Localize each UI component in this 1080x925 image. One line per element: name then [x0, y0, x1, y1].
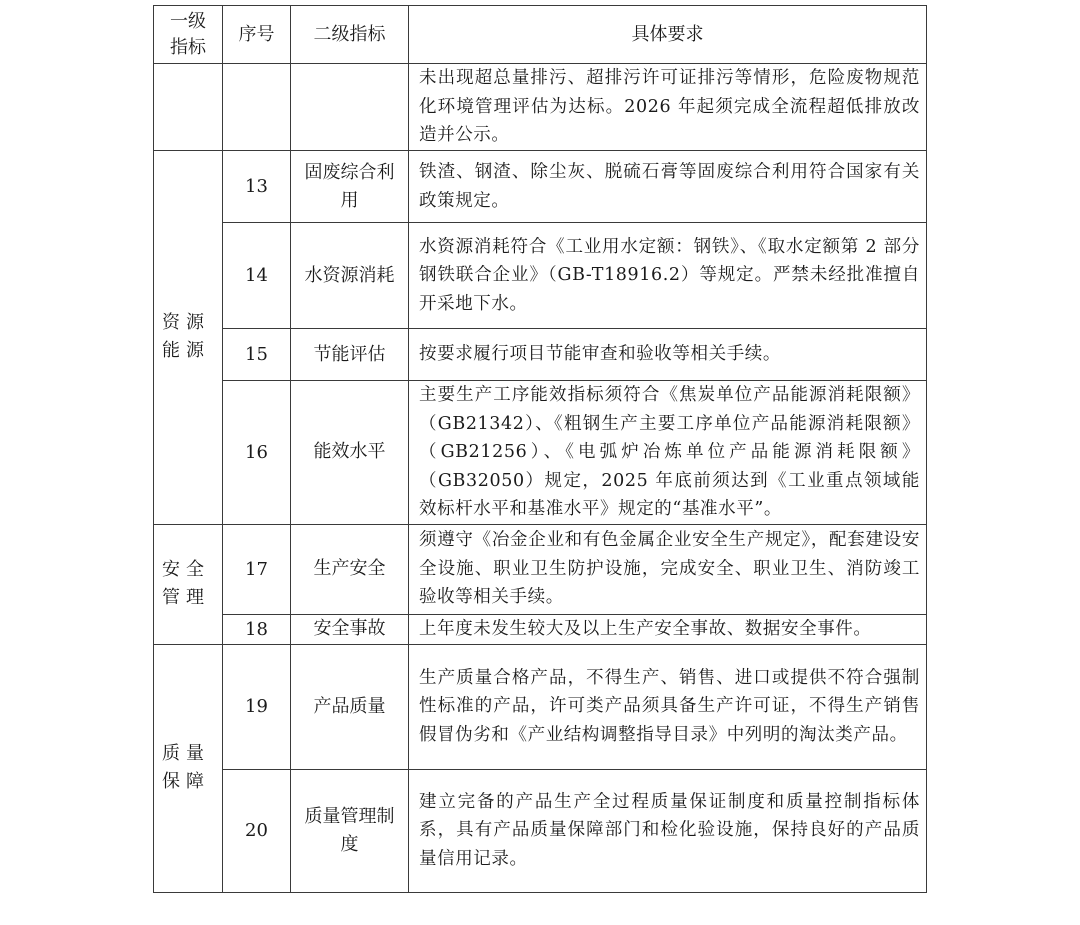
cell-requirement: 主要生产工序能效指标须符合《焦炭单位产品能源消耗限额》（GB21342）、《粗钢… [409, 381, 927, 525]
cell-no: 17 [223, 524, 291, 614]
cell-requirement: 未出现超总量排污、超排污许可证排污等情形，危险废物规范化环境管理评估为达标。20… [409, 64, 927, 151]
cell-requirement: 上年度未发生较大及以上生产安全事故、数据安全事件。 [409, 614, 927, 644]
cell-name: 生产安全 [291, 524, 409, 614]
table-row: 14 水资源消耗 水资源消耗符合《工业用水定额：钢铁》、《取水定额第 2 部分钢… [154, 223, 927, 329]
cell-no: 15 [223, 329, 291, 381]
cell-category: 安全管理 [154, 524, 223, 644]
cell-category: 质量保障 [154, 644, 223, 892]
cell-no: 14 [223, 223, 291, 329]
header-row: 一级指标 序号 二级指标 具体要求 [154, 6, 927, 64]
cell-requirement: 须遵守《冶金企业和有色金属企业安全生产规定》，配套建设安全设施、职业卫生防护设施… [409, 524, 927, 614]
header-level1: 一级指标 [154, 6, 223, 64]
cell-no: 13 [223, 151, 291, 223]
table-row: 质量保障 19 产品质量 生产质量合格产品，不得生产、销售、进口或提供不符合强制… [154, 644, 927, 769]
cell-name: 水资源消耗 [291, 223, 409, 329]
table-row: 20 质量管理制度 建立完备的产品生产全过程质量保证制度和质量控制指标体系，具有… [154, 769, 927, 892]
cell-name: 固废综合利用 [291, 151, 409, 223]
cell-name: 节能评估 [291, 329, 409, 381]
cell-no [223, 64, 291, 151]
cell-requirement: 按要求履行项目节能审查和验收等相关手续。 [409, 329, 927, 381]
cell-name: 产品质量 [291, 644, 409, 769]
cell-requirement: 水资源消耗符合《工业用水定额：钢铁》、《取水定额第 2 部分钢铁联合企业》（GB… [409, 223, 927, 329]
cell-no: 20 [223, 769, 291, 892]
table-row: 资源能源 13 固废综合利用 铁渣、钢渣、除尘灰、脱硫石膏等固废综合利用符合国家… [154, 151, 927, 223]
header-level2: 二级指标 [291, 6, 409, 64]
cell-category [154, 64, 223, 151]
cell-name: 安全事故 [291, 614, 409, 644]
cell-requirement: 生产质量合格产品，不得生产、销售、进口或提供不符合强制性标准的产品，许可类产品须… [409, 644, 927, 769]
cell-name: 质量管理制度 [291, 769, 409, 892]
cell-no: 16 [223, 381, 291, 525]
header-no: 序号 [223, 6, 291, 64]
table-row: 未出现超总量排污、超排污许可证排污等情形，危险废物规范化环境管理评估为达标。20… [154, 64, 927, 151]
cell-name: 能效水平 [291, 381, 409, 525]
table-row: 16 能效水平 主要生产工序能效指标须符合《焦炭单位产品能源消耗限额》（GB21… [154, 381, 927, 525]
header-requirement: 具体要求 [409, 6, 927, 64]
cell-name [291, 64, 409, 151]
cell-no: 19 [223, 644, 291, 769]
cell-no: 18 [223, 614, 291, 644]
cell-category: 资源能源 [154, 151, 223, 525]
table-row: 15 节能评估 按要求履行项目节能审查和验收等相关手续。 [154, 329, 927, 381]
requirements-table: 一级指标 序号 二级指标 具体要求 未出现超总量排污、超排污许可证排污等情形，危… [153, 5, 927, 893]
cell-requirement: 铁渣、钢渣、除尘灰、脱硫石膏等固废综合利用符合国家有关政策规定。 [409, 151, 927, 223]
cell-requirement: 建立完备的产品生产全过程质量保证制度和质量控制指标体系，具有产品质量保障部门和检… [409, 769, 927, 892]
table-row: 18 安全事故 上年度未发生较大及以上生产安全事故、数据安全事件。 [154, 614, 927, 644]
table-row: 安全管理 17 生产安全 须遵守《冶金企业和有色金属企业安全生产规定》，配套建设… [154, 524, 927, 614]
